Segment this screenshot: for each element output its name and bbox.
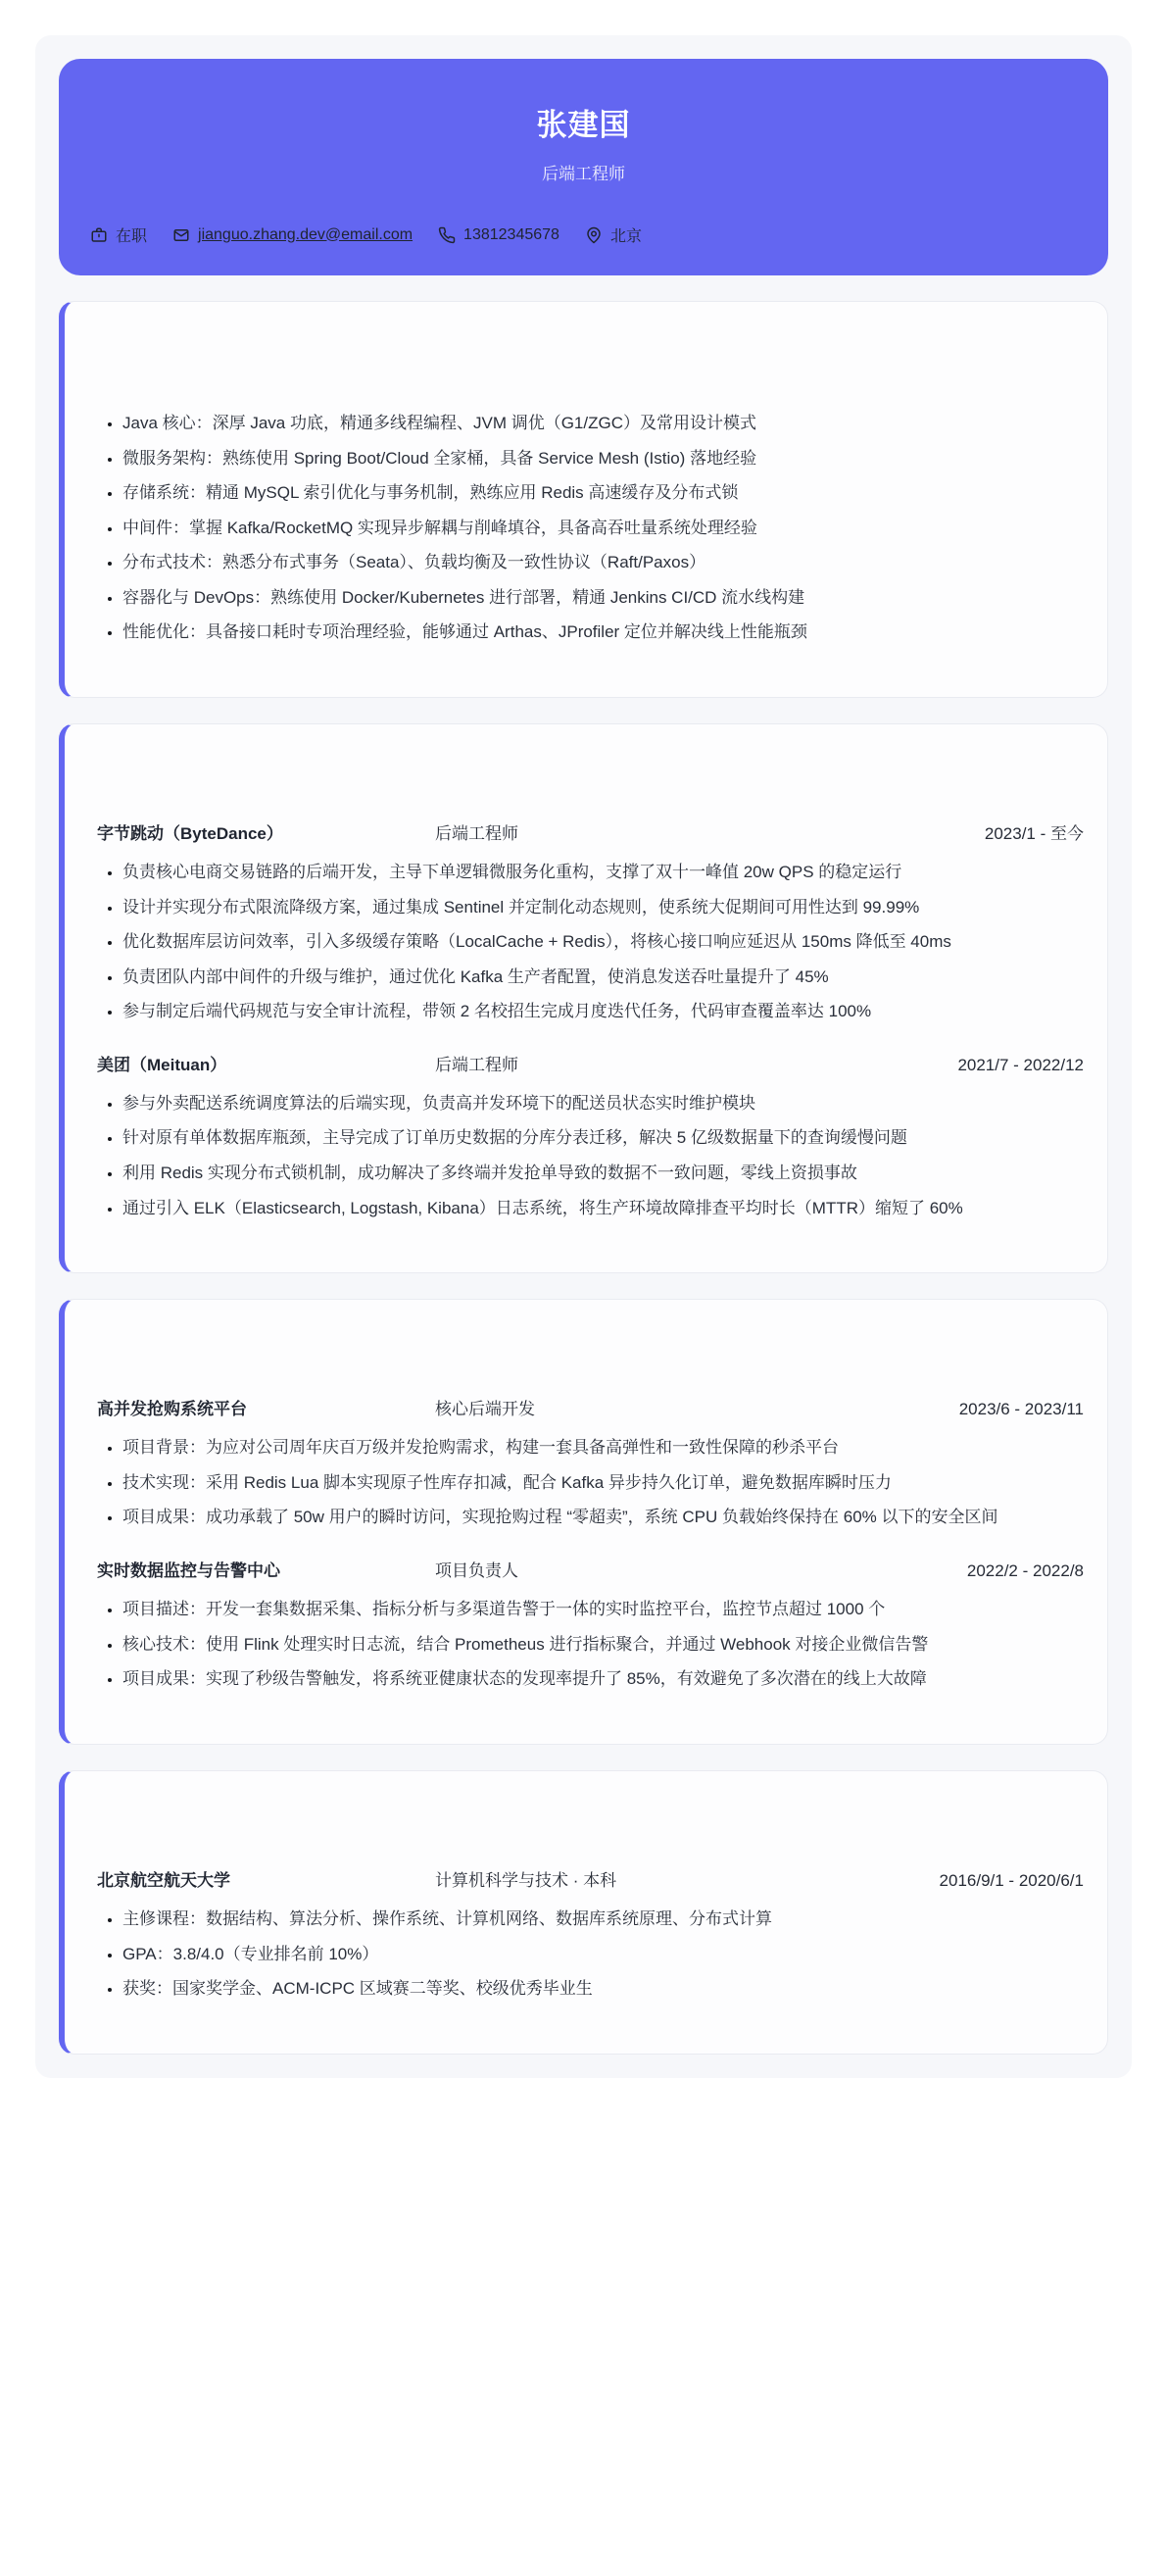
- entry-role: 核心后端开发: [435, 1396, 959, 1422]
- experience-entry: 字节跳动（ByteDance）后端工程师2023/1 - 至今负责核心电商交易链…: [97, 820, 1084, 1026]
- skills-entry: Java 核心：深厚 Java 功底，精通多线程编程、JVM 调优（G1/ZGC…: [97, 410, 1084, 647]
- section-card-education: 北京航空航天大学计算机科学与技术 · 本科2016/9/1 - 2020/6/1…: [59, 1770, 1108, 2055]
- entry-header: 高并发抢购系统平台核心后端开发2023/6 - 2023/11: [97, 1396, 1084, 1422]
- entry-title: 实时数据监控与告警中心: [97, 1558, 435, 1584]
- bullet-item: 负责核心电商交易链路的后端开发，主导下单逻辑微服务化重构，支撑了双十一峰值 20…: [122, 859, 1084, 887]
- bullet-item: 存储系统：精通 MySQL 索引优化与事务机制，熟练应用 Redis 高速缓存及…: [122, 479, 1084, 508]
- entry-header: 北京航空航天大学计算机科学与技术 · 本科2016/9/1 - 2020/6/1: [97, 1867, 1084, 1894]
- projects-entry: 高并发抢购系统平台核心后端开发2023/6 - 2023/11项目背景：为应对公…: [97, 1396, 1084, 1532]
- bullet-item: 项目描述：开发一套集数据采集、指标分析与多渠道告警于一体的实时监控平台，监控节点…: [122, 1596, 1084, 1624]
- contact-item-phone: 13812345678: [438, 226, 559, 244]
- section-card-projects: 高并发抢购系统平台核心后端开发2023/6 - 2023/11项目背景：为应对公…: [59, 1299, 1108, 1745]
- contact-item-mail: jianguo.zhang.dev@email.com: [172, 226, 413, 244]
- bullet-item: GPA：3.8/4.0（专业排名前 10%）: [122, 1941, 1084, 1969]
- bullet-list: 项目描述：开发一套集数据采集、指标分析与多渠道告警于一体的实时监控平台，监控节点…: [97, 1596, 1084, 1694]
- contact-row: 在职jianguo.zhang.dev@email.com13812345678…: [90, 223, 1077, 246]
- contact-item-location: 北京: [585, 223, 642, 246]
- bullet-list: 参与外卖配送系统调度算法的后端实现，负责高并发环境下的配送员状态实时维护模块针对…: [97, 1090, 1084, 1222]
- contact-item-briefcase: 在职: [90, 223, 147, 246]
- bullet-item: 利用 Redis 实现分布式锁机制，成功解决了多终端并发抢单导致的数据不一致问题…: [122, 1160, 1084, 1188]
- entry-header: 字节跳动（ByteDance）后端工程师2023/1 - 至今: [97, 820, 1084, 847]
- bullet-item: 针对原有单体数据库瓶颈，主导完成了订单历史数据的分库分表迁移，解决 5 亿级数据…: [122, 1124, 1084, 1153]
- entry-date: 2023/1 - 至今: [985, 820, 1084, 847]
- briefcase-icon: [90, 226, 108, 244]
- bullet-item: 项目背景：为应对公司周年庆百万级并发抢购需求，构建一套具备高弹性和一致性保障的秒…: [122, 1434, 1084, 1462]
- bullet-item: 通过引入 ELK（Elasticsearch, Logstash, Kibana…: [122, 1195, 1084, 1223]
- resume-sections: Java 核心：深厚 Java 功底，精通多线程编程、JVM 调优（G1/ZGC…: [59, 301, 1108, 2055]
- entry-header: 美团（Meituan）后端工程师2021/7 - 2022/12: [97, 1052, 1084, 1078]
- section-card-skills: Java 核心：深厚 Java 功底，精通多线程编程、JVM 调优（G1/ZGC…: [59, 301, 1108, 698]
- entry-role: 后端工程师: [435, 1052, 957, 1078]
- entry-header: 实时数据监控与告警中心项目负责人2022/2 - 2022/8: [97, 1558, 1084, 1584]
- bullet-list: Java 核心：深厚 Java 功底，精通多线程编程、JVM 调优（G1/ZGC…: [97, 410, 1084, 647]
- bullet-item: 分布式技术：熟悉分布式事务（Seata）、负载均衡及一致性协议（Raft/Pax…: [122, 549, 1084, 577]
- entry-date: 2022/2 - 2022/8: [967, 1558, 1084, 1584]
- candidate-name: 张建国: [90, 100, 1077, 144]
- bullet-list: 主修课程：数据结构、算法分析、操作系统、计算机网络、数据库系统原理、分布式计算G…: [97, 1906, 1084, 2004]
- bullet-item: 微服务架构：熟练使用 Spring Boot/Cloud 全家桶，具备 Serv…: [122, 445, 1084, 473]
- entry-title: 字节跳动（ByteDance）: [97, 820, 435, 847]
- education-entry: 北京航空航天大学计算机科学与技术 · 本科2016/9/1 - 2020/6/1…: [97, 1867, 1084, 2004]
- entry-title: 高并发抢购系统平台: [97, 1396, 435, 1422]
- bullet-list: 负责核心电商交易链路的后端开发，主导下单逻辑微服务化重构，支撑了双十一峰值 20…: [97, 859, 1084, 1026]
- bullet-item: 参与外卖配送系统调度算法的后端实现，负责高并发环境下的配送员状态实时维护模块: [122, 1090, 1084, 1118]
- bullet-item: 技术实现：采用 Redis Lua 脚本实现原子性库存扣减，配合 Kafka 异…: [122, 1469, 1084, 1498]
- section-card-experience: 字节跳动（ByteDance）后端工程师2023/1 - 至今负责核心电商交易链…: [59, 723, 1108, 1273]
- candidate-title: 后端工程师: [90, 160, 1077, 184]
- entry-role: 计算机科学与技术 · 本科: [435, 1867, 940, 1894]
- resume-sheet: 张建国 后端工程师 在职jianguo.zhang.dev@email.com1…: [35, 35, 1132, 2078]
- entry-date: 2021/7 - 2022/12: [957, 1052, 1084, 1078]
- bullet-item: 设计并实现分布式限流降级方案，通过集成 Sentinel 并定制化动态规则，使系…: [122, 894, 1084, 922]
- experience-entry: 美团（Meituan）后端工程师2021/7 - 2022/12参与外卖配送系统…: [97, 1052, 1084, 1222]
- email-link[interactable]: jianguo.zhang.dev@email.com: [198, 226, 413, 244]
- bullet-item: 获奖：国家奖学金、ACM-ICPC 区域赛二等奖、校级优秀毕业生: [122, 1975, 1084, 2004]
- entry-role: 后端工程师: [435, 820, 985, 847]
- projects-entry: 实时数据监控与告警中心项目负责人2022/2 - 2022/8项目描述：开发一套…: [97, 1558, 1084, 1694]
- contact-text: 北京: [610, 223, 642, 246]
- bullet-item: 负责团队内部中间件的升级与维护，通过优化 Kafka 生产者配置，使消息发送吞吐…: [122, 964, 1084, 992]
- bullet-item: 主修课程：数据结构、算法分析、操作系统、计算机网络、数据库系统原理、分布式计算: [122, 1906, 1084, 1934]
- bullet-list: 项目背景：为应对公司周年庆百万级并发抢购需求，构建一套具备高弹性和一致性保障的秒…: [97, 1434, 1084, 1532]
- bullet-item: 核心技术：使用 Flink 处理实时日志流，结合 Prometheus 进行指标…: [122, 1631, 1084, 1660]
- bullet-item: 项目成果：实现了秒级告警触发，将系统亚健康状态的发现率提升了 85%，有效避免了…: [122, 1665, 1084, 1694]
- contact-text: 13812345678: [463, 226, 559, 244]
- resume-header: 张建国 后端工程师 在职jianguo.zhang.dev@email.com1…: [59, 59, 1108, 275]
- bullet-item: Java 核心：深厚 Java 功底，精通多线程编程、JVM 调优（G1/ZGC…: [122, 410, 1084, 438]
- contact-text: 在职: [116, 223, 147, 246]
- location-icon: [585, 226, 603, 244]
- entry-date: 2023/6 - 2023/11: [959, 1396, 1084, 1422]
- bullet-item: 优化数据库层访问效率，引入多级缓存策略（LocalCache + Redis），…: [122, 928, 1084, 957]
- entry-title: 北京航空航天大学: [97, 1867, 435, 1894]
- entry-role: 项目负责人: [435, 1558, 967, 1584]
- entry-date: 2016/9/1 - 2020/6/1: [940, 1867, 1084, 1894]
- bullet-item: 性能优化：具备接口耗时专项治理经验，能够通过 Arthas、JProfiler …: [122, 619, 1084, 647]
- bullet-item: 参与制定后端代码规范与安全审计流程，带领 2 名校招生完成月度迭代任务，代码审查…: [122, 998, 1084, 1026]
- mail-icon: [172, 226, 190, 244]
- bullet-item: 中间件：掌握 Kafka/RocketMQ 实现异步解耦与削峰填谷，具备高吞吐量…: [122, 515, 1084, 543]
- entry-title: 美团（Meituan）: [97, 1052, 435, 1078]
- phone-icon: [438, 226, 456, 244]
- bullet-item: 项目成果：成功承载了 50w 用户的瞬时访问，实现抢购过程 “零超卖”，系统 C…: [122, 1504, 1084, 1532]
- bullet-item: 容器化与 DevOps：熟练使用 Docker/Kubernetes 进行部署，…: [122, 584, 1084, 613]
